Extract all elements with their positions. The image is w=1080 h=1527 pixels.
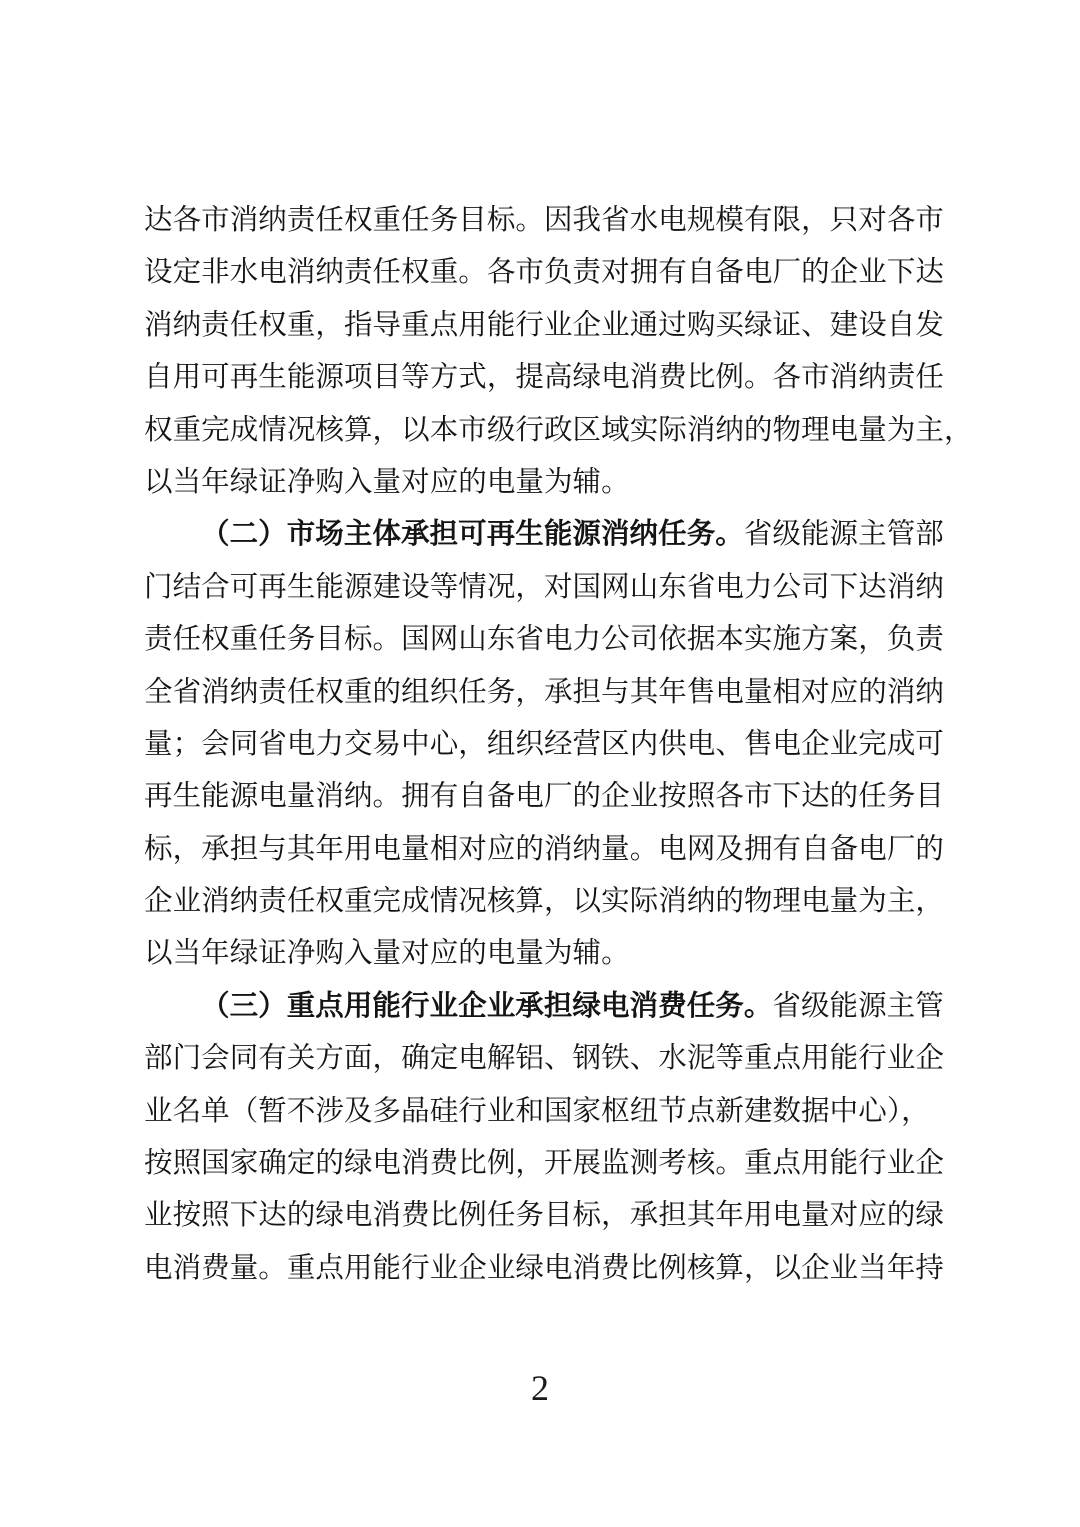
line-text: 标，承担与其年用电量相对应的消纳量。电网及拥有自备电厂的	[144, 834, 944, 865]
text-line: 门结合可再生能源建设等情况，对国网山东省电力公司下达消纳	[144, 562, 944, 614]
page-number: 2	[0, 1368, 1080, 1408]
text-line: 全省消纳责任权重的组织任务，承担与其年售电量相对应的消纳	[144, 667, 944, 719]
line-text: 量；会同省电力交易中心，组织经营区内供电、售电企业完成可	[144, 729, 944, 760]
line-text: 业名单（暂不涉及多晶硅行业和国家枢纽节点新建数据中心），	[144, 1096, 930, 1127]
document-page: 达各市消纳责任权重任务目标。因我省水电规模有限，只对各市 设定非水电消纳责任权重…	[0, 0, 1080, 1527]
text-line: 再生能源电量消纳。拥有自备电厂的企业按照各市下达的任务目	[144, 771, 944, 823]
text-line: 部门会同有关方面，确定电解铝、钢铁、水泥等重点用能行业企	[144, 1033, 944, 1085]
line-text: 消纳责任权重，指导重点用能行业企业通过购买绿证、建设自发	[144, 310, 944, 341]
text-line: 电消费量。重点用能行业企业绿电消费比例核算，以企业当年持	[144, 1243, 944, 1295]
text-line: 量；会同省电力交易中心，组织经营区内供电、售电企业完成可	[144, 719, 944, 771]
document-body: 达各市消纳责任权重任务目标。因我省水电规模有限，只对各市 设定非水电消纳责任权重…	[144, 195, 944, 1295]
line-text: 全省消纳责任权重的组织任务，承担与其年售电量相对应的消纳	[144, 677, 944, 708]
paragraph-lead: （二）市场主体承担可再生能源消纳任务。	[201, 519, 744, 550]
text-line: 责任权重任务目标。国网山东省电力公司依据本实施方案，负责	[144, 614, 944, 666]
line-text: 责任权重任务目标。国网山东省电力公司依据本实施方案，负责	[144, 624, 944, 655]
text-line: 消纳责任权重，指导重点用能行业企业通过购买绿证、建设自发	[144, 300, 944, 352]
line-text: 部门会同有关方面，确定电解铝、钢铁、水泥等重点用能行业企	[144, 1043, 944, 1074]
text-line: 标，承担与其年用电量相对应的消纳量。电网及拥有自备电厂的	[144, 824, 944, 876]
line-text: 省级能源主管部	[744, 519, 944, 550]
line-text: 以当年绿证净购入量对应的电量为辅。	[144, 938, 630, 969]
line-text: 省级能源主管	[772, 991, 943, 1022]
line-text: 门结合可再生能源建设等情况，对国网山东省电力公司下达消纳	[144, 572, 944, 603]
line-text: 企业消纳责任权重完成情况核算，以实际消纳的物理电量为主，	[144, 886, 944, 917]
text-line: 设定非水电消纳责任权重。各市负责对拥有自备电厂的企业下达	[144, 247, 944, 299]
line-text: 再生能源电量消纳。拥有自备电厂的企业按照各市下达的任务目	[144, 781, 944, 812]
text-line: （三）重点用能行业企业承担绿电消费任务。省级能源主管	[144, 981, 944, 1033]
text-line: 以当年绿证净购入量对应的电量为辅。	[144, 928, 944, 980]
line-text: 以当年绿证净购入量对应的电量为辅。	[144, 467, 630, 498]
line-text: 设定非水电消纳责任权重。各市负责对拥有自备电厂的企业下达	[144, 257, 944, 288]
line-text: 业按照下达的绿电消费比例任务目标，承担其年用电量对应的绿	[144, 1200, 944, 1231]
line-text: 自用可再生能源项目等方式，提高绿电消费比例。各市消纳责任	[144, 362, 944, 393]
line-text: 电消费量。重点用能行业企业绿电消费比例核算，以企业当年持	[144, 1253, 944, 1284]
text-line: （二）市场主体承担可再生能源消纳任务。省级能源主管部	[144, 509, 944, 561]
text-line: 企业消纳责任权重完成情况核算，以实际消纳的物理电量为主，	[144, 876, 944, 928]
text-line: 权重完成情况核算，以本市级行政区域实际消纳的物理电量为主，	[144, 405, 944, 457]
text-line: 按照国家确定的绿电消费比例，开展监测考核。重点用能行业企	[144, 1138, 944, 1190]
text-line: 业名单（暂不涉及多晶硅行业和国家枢纽节点新建数据中心），	[144, 1086, 944, 1138]
paragraph-lead: （三）重点用能行业企业承担绿电消费任务。	[201, 991, 772, 1022]
text-line: 业按照下达的绿电消费比例任务目标，承担其年用电量对应的绿	[144, 1190, 944, 1242]
line-text: 达各市消纳责任权重任务目标。因我省水电规模有限，只对各市	[144, 205, 944, 236]
line-text: 按照国家确定的绿电消费比例，开展监测考核。重点用能行业企	[144, 1148, 944, 1179]
text-line: 自用可再生能源项目等方式，提高绿电消费比例。各市消纳责任	[144, 352, 944, 404]
text-line: 以当年绿证净购入量对应的电量为辅。	[144, 457, 944, 509]
text-line: 达各市消纳责任权重任务目标。因我省水电规模有限，只对各市	[144, 195, 944, 247]
line-text: 权重完成情况核算，以本市级行政区域实际消纳的物理电量为主，	[144, 415, 973, 446]
